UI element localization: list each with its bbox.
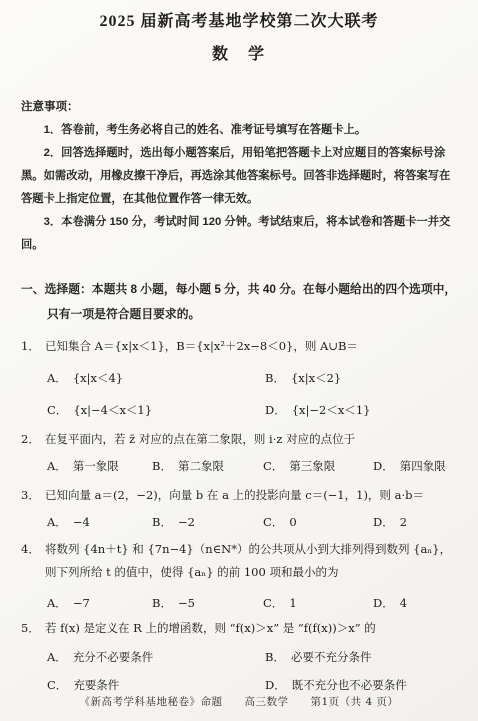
question-stem: 在复平面内，若 z̄ 对应的点在第二象限，则 i·z 对应的点位于: [45, 428, 457, 451]
option-d: D．第四象限: [373, 455, 457, 478]
option-label: D．: [373, 596, 394, 610]
option-label: D．: [373, 515, 394, 529]
question-stem: 将数列 {4n＋t} 和 {7n−4}（n∈N*）的公共项从小到大排列得到数列 …: [45, 538, 457, 584]
option-label: C．: [263, 515, 283, 529]
option-text: {x|x＜4}: [73, 371, 123, 385]
option-a: A．第一象限: [47, 455, 152, 478]
notice-heading: 注意事项：: [21, 96, 457, 119]
option-a: A．−4: [47, 511, 152, 534]
question-2: 2． 在复平面内，若 z̄ 对应的点在第二象限，则 i·z 对应的点位于 A．第…: [21, 428, 457, 478]
option-text: {x|x＜2}: [291, 371, 341, 385]
option-text: 0: [289, 515, 296, 529]
option-text: 充要条件: [73, 678, 119, 692]
option-text: 1: [289, 596, 296, 610]
option-label: A．: [47, 596, 67, 610]
page-title: 2025 届新高考基地学校第二次大联考: [21, 12, 457, 32]
question-number: 4．: [21, 538, 40, 561]
option-label: B．: [265, 371, 285, 385]
option-label: C．: [263, 459, 283, 473]
option-d: D．{x|−2＜x＜1}: [265, 399, 457, 422]
option-label: C．: [47, 678, 67, 692]
option-label: B．: [152, 515, 172, 529]
question-number: 2．: [21, 428, 40, 451]
option-text: 第三象限: [289, 459, 335, 473]
option-label: D．: [265, 678, 286, 692]
option-label: A．: [47, 459, 67, 473]
option-label: C．: [47, 403, 67, 417]
option-label: D．: [373, 459, 394, 473]
notice-item-2: 2．回答选择题时，选出每小题答案后，用铅笔把答题卡上对应题目的答案标号涂黑。如需…: [21, 142, 457, 211]
question-number: 1．: [21, 335, 40, 358]
question-4: 4． 将数列 {4n＋t} 和 {7n−4}（n∈N*）的公共项从小到大排列得到…: [21, 538, 457, 615]
option-text: 第二象限: [178, 459, 224, 473]
option-b: B．−2: [152, 511, 263, 534]
option-label: A．: [47, 515, 67, 529]
option-text: −4: [73, 515, 90, 529]
question-stem: 已知集合 A＝{x|x＜1}，B＝{x|x²＋2x−8＜0}，则 A∪B＝: [45, 335, 457, 358]
option-a: A．−7: [47, 592, 152, 615]
option-text: 第一象限: [73, 459, 119, 473]
exam-paper-page: 2025 届新高考基地学校第二次大联考 数 学 注意事项： 1．答卷前，考生务必…: [0, 0, 478, 721]
question-3: 3． 已知向量 a＝(2，−2)，向量 b 在 a 上的投影向量 c＝(−1，1…: [21, 484, 457, 534]
option-text: −5: [178, 596, 195, 610]
option-d: D．2: [373, 511, 457, 534]
option-text: −7: [73, 596, 90, 610]
option-b: B．{x|x＜2}: [265, 367, 457, 390]
option-c: C．第三象限: [263, 455, 373, 478]
option-label: D．: [265, 403, 286, 417]
subject-title: 数 学: [21, 43, 457, 65]
notice-item-1: 1．答卷前，考生务必将自己的姓名、准考证号填写在答题卡上。: [21, 119, 457, 142]
option-text: 必要不充分条件: [291, 650, 372, 664]
notice-section: 注意事项： 1．答卷前，考生务必将自己的姓名、准考证号填写在答题卡上。 2．回答…: [21, 96, 457, 257]
option-a: A．{x|x＜4}: [47, 367, 265, 390]
question-5: 5． 若 f(x) 是定义在 R 上的增函数，则 “f(x)＞x” 是 “f(f…: [21, 617, 457, 697]
option-label: A．: [47, 650, 67, 664]
option-a: A．充分不必要条件: [47, 646, 265, 669]
option-c: C．{x|−4＜x＜1}: [47, 399, 265, 422]
option-text: 充分不必要条件: [73, 650, 154, 664]
option-c: C．1: [263, 592, 373, 615]
option-b: B．−5: [152, 592, 263, 615]
option-d: D．4: [373, 592, 457, 615]
options-row: C．{x|−4＜x＜1} D．{x|−2＜x＜1}: [45, 399, 457, 422]
option-label: C．: [263, 596, 283, 610]
question-1: 1． 已知集合 A＝{x|x＜1}，B＝{x|x²＋2x−8＜0}，则 A∪B＝…: [21, 335, 457, 422]
option-text: 4: [400, 596, 407, 610]
options-row: A．充分不必要条件 B．必要不充分条件: [45, 646, 457, 669]
option-text: 既不充分也不必要条件: [292, 678, 407, 692]
question-stem: 若 f(x) 是定义在 R 上的增函数，则 “f(x)＞x” 是 “f(f(x)…: [45, 617, 457, 640]
page-footer: 《新高考学科基地秘卷》命题 高三数学 第1页（共 4 页）: [0, 694, 478, 709]
question-number: 5．: [21, 617, 40, 640]
option-text: {x|−4＜x＜1}: [73, 403, 152, 417]
option-label: A．: [47, 371, 67, 385]
options-row: A．{x|x＜4} B．{x|x＜2}: [45, 367, 457, 390]
question-number: 3．: [21, 484, 40, 507]
option-text: 2: [400, 515, 407, 529]
option-text: {x|−2＜x＜1}: [292, 403, 371, 417]
option-text: 第四象限: [400, 459, 446, 473]
options-row: A．第一象限 B．第二象限 C．第三象限 D．第四象限: [45, 455, 457, 478]
option-label: B．: [152, 459, 172, 473]
option-b: B．第二象限: [152, 455, 263, 478]
question-stem: 已知向量 a＝(2，−2)，向量 b 在 a 上的投影向量 c＝(−1，1)，则…: [45, 484, 457, 507]
option-label: B．: [152, 596, 172, 610]
option-label: B．: [265, 650, 285, 664]
options-row: A．−4 B．−2 C．0 D．2: [45, 511, 457, 534]
notice-item-3: 3．本卷满分 150 分，考试时间 120 分钟。考试结束后，将本试卷和答题卡一…: [21, 211, 457, 257]
section-heading: 一、选择题：本题共 8 小题，每小题 5 分，共 40 分。在每小题给出的四个选…: [21, 277, 457, 327]
options-row: A．−7 B．−5 C．1 D．4: [45, 592, 457, 615]
option-text: −2: [178, 515, 195, 529]
option-b: B．必要不充分条件: [265, 646, 457, 669]
option-c: C．0: [263, 511, 373, 534]
